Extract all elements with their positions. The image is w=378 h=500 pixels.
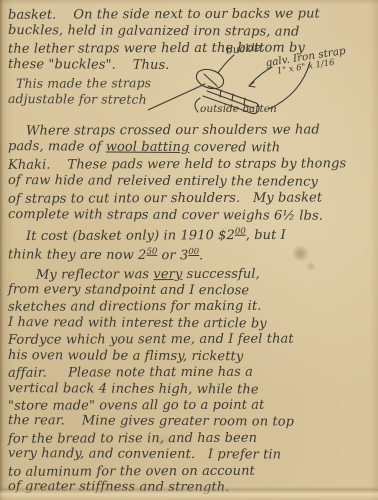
text-segment: to aluminum for the oven on account [8, 463, 255, 479]
text-segment: I have read with interest the article by [8, 315, 267, 331]
handwritten-line: for the bread to rise in, and has been [8, 430, 374, 448]
handwritten-line: of straps to cut into our shoulders. My … [8, 189, 374, 208]
text-segment: of straps to cut into our shoulders. My … [8, 190, 322, 206]
handwritten-line: his oven would be a flimsy, ricketty [8, 348, 374, 366]
text-segment: of raw hide and releived entirely the te… [8, 173, 318, 190]
text-segment: sketches and directions for making it. [8, 299, 262, 315]
superscript-price: 50 [146, 247, 157, 257]
text-segment: basket. On the side next to our backs we… [8, 6, 320, 22]
paper-edge-left [0, 0, 3, 500]
sketch-label-batten: outside batten [200, 104, 277, 115]
text-segment: , but I [246, 228, 286, 243]
text-segment: vertical back 4 inches high, while the [8, 381, 259, 397]
handwritten-line: pads, made of wool batting covered with [8, 138, 374, 157]
handwritten-line: the rear. Mine gives greater room on top [8, 413, 374, 431]
paragraph-3: My reflector was very successful,from ev… [8, 267, 374, 497]
handwritten-line: Fordyce which you sent me, and I feel th… [8, 331, 374, 349]
handwritten-line: My reflector was very successful, [8, 266, 374, 284]
handwritten-line: Khaki. These pads were held to straps by… [8, 155, 374, 174]
text-segment: from every standpoint and I enclose [8, 282, 249, 298]
text-segment: complete with straps and cover weighs 6½… [8, 207, 323, 224]
scanned-letter-page: basket. On the side next to our backs we… [0, 0, 378, 500]
handwritten-line: think they are now 250 or 300. [8, 243, 374, 265]
strap-buckle-sketch: buckle. galv. Iron strap1" x 6" x 1/16 o… [148, 46, 374, 126]
superscript-price: 00 [235, 227, 246, 237]
text-segment: My reflector was [36, 267, 153, 283]
text-segment: his oven would be a flimsy, ricketty [8, 348, 243, 364]
text-segment: pads, made of [8, 139, 106, 155]
handwritten-line: buckles, held in galvanized iron straps,… [8, 22, 374, 41]
text-segment: . [199, 249, 203, 264]
text-segment: think they are now 2 [8, 248, 147, 264]
text-segment: It cost (basket only) in 1910 $2 [26, 228, 235, 244]
handwritten-line: complete with straps and cover weighs 6½… [8, 206, 374, 225]
handwritten-line: vertical back 4 inches high, while the [8, 381, 374, 399]
text-segment: adjustable for stretch [8, 91, 147, 107]
handwritten-line: affair. Please note that mine has a [8, 364, 374, 382]
text-segment: the rear. Mine gives greater room on top [8, 413, 294, 429]
superscript-price: 00 [188, 247, 199, 257]
text-segment: covered with [189, 140, 280, 155]
text-segment: Khaki. These pads were held to straps by… [8, 156, 346, 172]
text-segment: This made the straps [16, 75, 151, 91]
text-segment: Fordyce which you sent me, and I feel th… [8, 332, 294, 348]
handwritten-line: to aluminum for the oven on account [8, 463, 374, 481]
underlined-text: wool batting [106, 140, 190, 155]
text-segment: very handy, and convenient. I prefer tin [8, 446, 281, 462]
text-segment: successful, [182, 266, 260, 281]
paper-edge-bottom [0, 489, 378, 500]
handwritten-line: of raw hide and releived entirely the te… [8, 172, 374, 191]
text-segment: or 3 [157, 248, 188, 263]
text-segment: "store made" ovens all go to a point at [8, 398, 265, 414]
handwritten-line: basket. On the side next to our backs we… [8, 5, 374, 24]
paragraph-2: Where straps crossed our shoulders we ha… [8, 122, 374, 265]
text-segment: for the bread to rise in, and has been [8, 430, 257, 446]
handwritten-line: very handy, and convenient. I prefer tin [8, 446, 374, 464]
text-segment: buckles, held in galvanized iron straps,… [8, 23, 300, 40]
text-segment: affair. Please note that mine has a [8, 365, 253, 381]
underlined-text: very [153, 267, 182, 282]
text-segment: these "buckles". Thus. [8, 57, 170, 73]
handwritten-line: sketches and directions for making it. [8, 299, 374, 317]
handwritten-line: It cost (basket only) in 1910 $200, but … [8, 223, 374, 245]
